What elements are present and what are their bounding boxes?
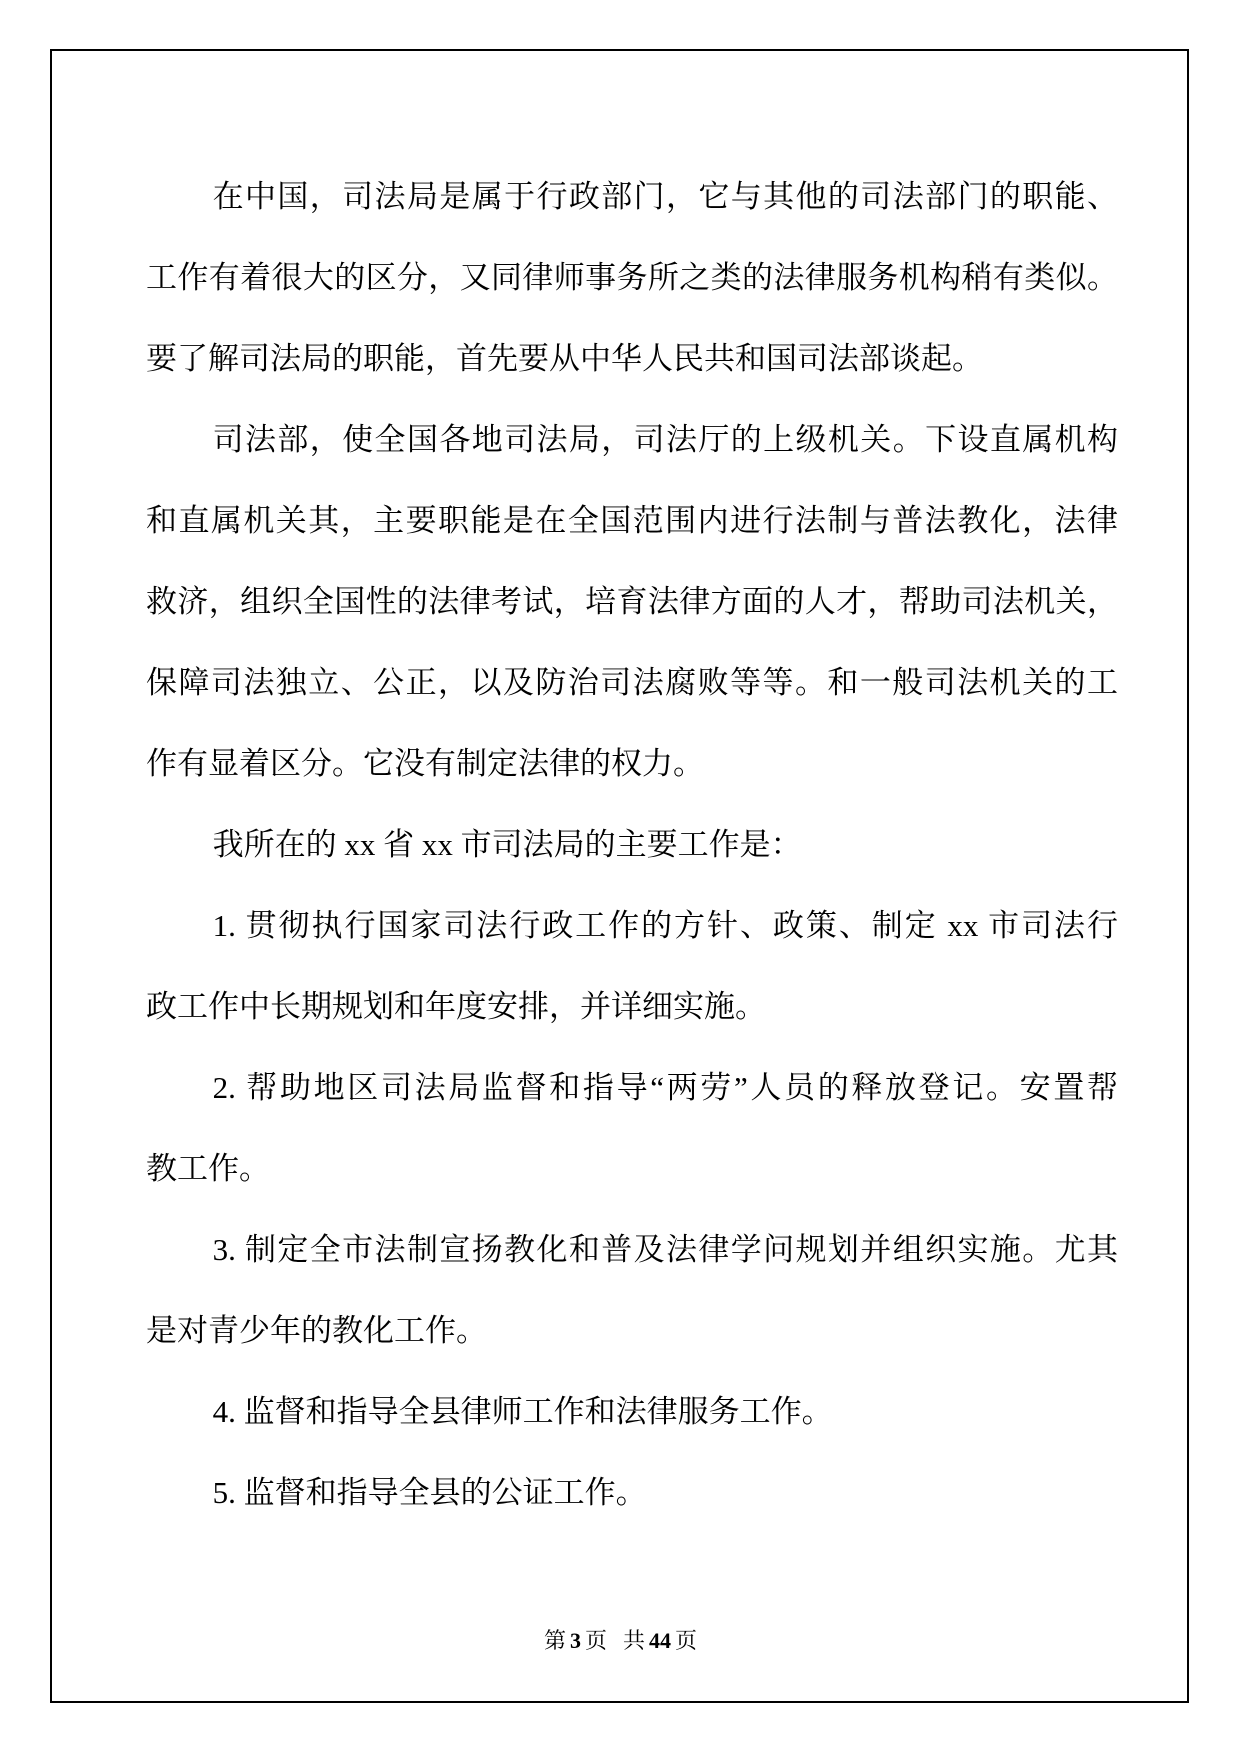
paragraph-line: 保障司法独立、公正，以及防治司法腐败等等。和一般司法机关的工 — [146, 642, 1118, 723]
footer-total-pages: 44 — [649, 1628, 671, 1653]
footer-page-label-prefix: 第 — [544, 1628, 566, 1653]
list-item-line: 5. 监督和指导全县的公证工作。 — [146, 1452, 1118, 1533]
paragraph-line: 作有显着区分。它没有制定法律的权力。 — [146, 723, 1118, 804]
footer-page-number: 3 — [570, 1628, 581, 1653]
document-body: 在中国，司法局是属于行政部门，它与其他的司法部门的职能、 工作有着很大的区分，又… — [146, 156, 1118, 1533]
page-footer: 第3页共44页 — [0, 1626, 1241, 1656]
paragraph-line: 救济，组织全国性的法律考试，培育法律方面的人才，帮助司法机关， — [146, 561, 1118, 642]
paragraph-line: 和直属机关其，主要职能是在全国范围内进行法制与普法教化，法律 — [146, 480, 1118, 561]
list-item-line: 2. 帮助地区司法局监督和指导“两劳”人员的释放登记。安置帮 — [146, 1047, 1118, 1128]
paragraph-line: 在中国，司法局是属于行政部门，它与其他的司法部门的职能、 — [146, 156, 1118, 237]
list-item-line: 教工作。 — [146, 1128, 1118, 1209]
footer-total-suffix: 页 — [675, 1628, 697, 1653]
paragraph-line: 工作有着很大的区分，又同律师事务所之类的法律服务机构稍有类似。 — [146, 237, 1118, 318]
list-item-line: 是对青少年的教化工作。 — [146, 1290, 1118, 1371]
list-item-line: 4. 监督和指导全县律师工作和法律服务工作。 — [146, 1371, 1118, 1452]
document-page: 在中国，司法局是属于行政部门，它与其他的司法部门的职能、 工作有着很大的区分，又… — [0, 0, 1241, 1754]
paragraph-line: 要了解司法局的职能，首先要从中华人民共和国司法部谈起。 — [146, 318, 1118, 399]
list-item-line: 3. 制定全市法制宣扬教化和普及法律学问规划并组织实施。尤其 — [146, 1209, 1118, 1290]
list-item-line: 1. 贯彻执行国家司法行政工作的方针、政策、制定 xx 市司法行 — [146, 885, 1118, 966]
footer-page-label-suffix: 页 — [585, 1628, 607, 1653]
paragraph-line: 司法部，使全国各地司法局，司法厅的上级机关。下设直属机构 — [146, 399, 1118, 480]
list-item-line: 政工作中长期规划和年度安排，并详细实施。 — [146, 966, 1118, 1047]
footer-total-label: 共 — [623, 1628, 645, 1653]
paragraph-line: 我所在的 xx 省 xx 市司法局的主要工作是： — [146, 804, 1118, 885]
